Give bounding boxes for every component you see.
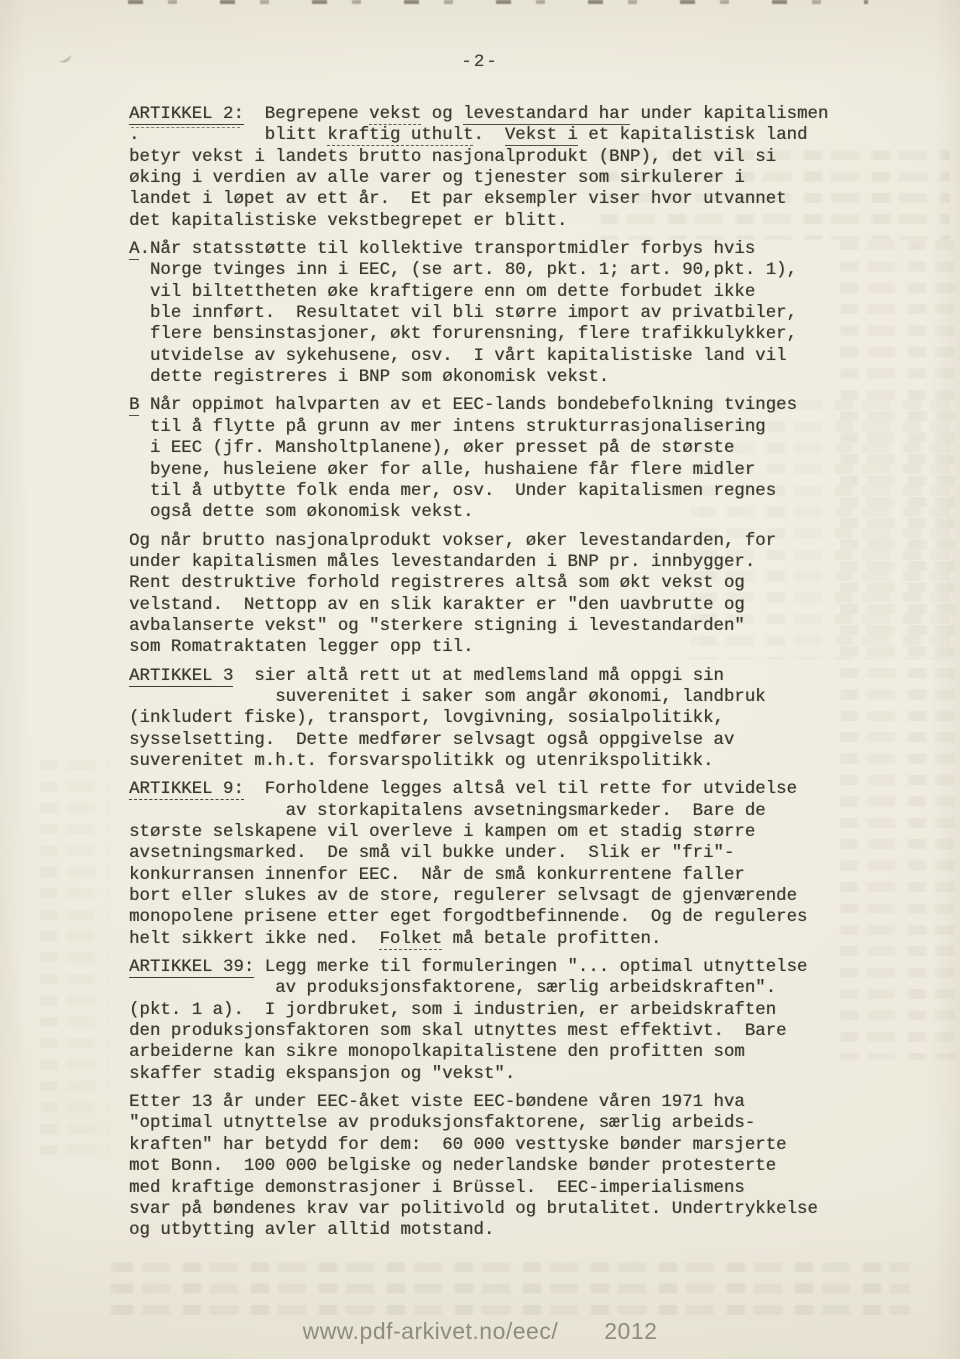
text-line: Norge tvinges inn i EEC, (se art. 80, pk… xyxy=(129,260,843,281)
text-line: suverenitet m.h.t. forsvarspolitikk og u… xyxy=(129,751,843,772)
text-line: dette registreres i BNP som økonomisk ve… xyxy=(129,367,843,388)
text-line: avsetningsmarked. De små vil bukke under… xyxy=(129,843,843,864)
text-line: Etter 13 år under EEC-åket viste EEC-bøn… xyxy=(129,1092,843,1113)
paragraph-artikkel-2: ARTIKKEL 2: Begrepene vekst og levestand… xyxy=(129,104,843,232)
text-line: mot Bonn. 100 000 belgiske og nederlands… xyxy=(129,1156,843,1177)
text-line: til å flytte på grunn av mer intens stru… xyxy=(129,417,843,438)
text-line: byene, husleiene øker for alle, hushaien… xyxy=(129,460,843,481)
text-line: Og når brutto nasjonalprodukt vokser, øk… xyxy=(129,531,843,552)
paragraph-artikkel-9: ARTIKKEL 9: Forholdene legges altså vel … xyxy=(129,779,843,950)
text-line: ARTIKKEL 3 sier altå rett ut at medlemsl… xyxy=(129,666,843,687)
paragraph-og-naar: Og når brutto nasjonalprodukt vokser, øk… xyxy=(129,531,843,659)
text-line: til å utbytte folk enda mer, osv. Under … xyxy=(129,481,843,502)
text-line: ARTIKKEL 39: Legg merke til formuleringe… xyxy=(129,957,843,978)
paragraph-punkt-a: A.Når statsstøtte til kollektive transpo… xyxy=(129,239,843,388)
scan-edge-smudge xyxy=(128,0,868,4)
text-line: velstand. Nettopp av en slik karakter er… xyxy=(129,595,843,616)
bleed-through-texture xyxy=(110,1262,910,1320)
text-line: også dette som økonomisk vekst. xyxy=(129,502,843,523)
text-line: i EEC (jfr. Mansholtplanene), øker press… xyxy=(129,438,843,459)
text-line: landet i løpet av ett år. Et par eksempl… xyxy=(129,189,843,210)
text-line: monopolene prisene etter eget forgodtbef… xyxy=(129,907,843,928)
text-line: kraften" har betydd for dem: 60 000 vest… xyxy=(129,1135,843,1156)
archive-year: 2012 xyxy=(604,1318,657,1345)
page-number: -2- xyxy=(0,52,960,72)
text-line: helt sikkert ikke ned. Folket må betale … xyxy=(129,929,843,950)
text-line: konkurransen innenfor EEC. Når de små ko… xyxy=(129,865,843,886)
text-line: av storkapitalens avsetningsmarkeder. Ba… xyxy=(129,801,843,822)
text-line: sysselsetting. Dette medfører selvsagt o… xyxy=(129,730,843,751)
text-line: betyr vekst i landets brutto nasjonalpro… xyxy=(129,147,843,168)
text-line: (pkt. 1 a). I jordbruket, som i industri… xyxy=(129,1000,843,1021)
text-line: det kapitalistiske vekstbegrepet er blit… xyxy=(129,211,843,232)
text-line: avbalanserte vekst" og "sterkere stignin… xyxy=(129,616,843,637)
text-line: vil biltettheten øke kraftigere enn om d… xyxy=(129,282,843,303)
text-line: og utbytting avler alltid motstand. xyxy=(129,1220,843,1241)
text-line: . blitt kraftig uthult. Vekst i et kapit… xyxy=(129,125,843,146)
text-line: suverenitet i saker som angår økonomi, l… xyxy=(129,687,843,708)
text-line: av produksjonsfaktorene, særlig arbeidsk… xyxy=(129,978,843,999)
text-line: ble innført. Resultatet vil bli større i… xyxy=(129,303,843,324)
bleed-through-texture xyxy=(40,760,110,1160)
text-line: B Når oppimot halvparten av et EEC-lands… xyxy=(129,395,843,416)
text-line: største selskapene vil overleve i kampen… xyxy=(129,822,843,843)
archive-url: www.pdf-arkivet.no/eec/ xyxy=(303,1318,559,1345)
text-line: som Romatraktaten legger opp til. xyxy=(129,637,843,658)
paragraph-artikkel-3: ARTIKKEL 3 sier altå rett ut at medlemsl… xyxy=(129,666,843,773)
text-line: skaffer stadig ekspansjon og "vekst". xyxy=(129,1064,843,1085)
text-line: (inkludert fiske), transport, lovgivning… xyxy=(129,708,843,729)
text-line: Rent destruktive forhold registreres alt… xyxy=(129,573,843,594)
text-line: øking i verdien av alle varer og tjenest… xyxy=(129,168,843,189)
text-line: flere bensinstasjoner, økt forurensning,… xyxy=(129,324,843,345)
text-line: ARTIKKEL 9: Forholdene legges altså vel … xyxy=(129,779,843,800)
paragraph-artikkel-39: ARTIKKEL 39: Legg merke til formuleringe… xyxy=(129,957,843,1085)
text-line: A.Når statsstøtte til kollektive transpo… xyxy=(129,239,843,260)
text-line: arbeiderne kan sikre monopolkapitalisten… xyxy=(129,1042,843,1063)
text-line: med kraftige demonstrasjoner i Brüssel. … xyxy=(129,1178,843,1199)
document-body: ARTIKKEL 2: Begrepene vekst og levestand… xyxy=(129,104,843,1249)
paragraph-etter-13-aar: Etter 13 år under EEC-åket viste EEC-bøn… xyxy=(129,1092,843,1241)
text-line: under kapitalismen måles levestandarden … xyxy=(129,552,843,573)
text-line: den produksjonsfaktoren som skal utnytte… xyxy=(129,1021,843,1042)
text-line: bort eller slukes av de store, regulerer… xyxy=(129,886,843,907)
archive-footer: www.pdf-arkivet.no/eec/ 2012 xyxy=(0,1318,960,1345)
scanned-page: -2- ARTIKKEL 2: Begrepene vekst og leves… xyxy=(0,0,960,1359)
text-line: ARTIKKEL 2: Begrepene vekst og levestand… xyxy=(129,104,843,125)
text-line: utvidelse av sykehusene, osv. I vårt kap… xyxy=(129,346,843,367)
text-line: "optimal utnyttelse av produksjonsfaktor… xyxy=(129,1113,843,1134)
text-line: svar på bøndenes krav var politivold og … xyxy=(129,1199,843,1220)
paragraph-punkt-b: B Når oppimot halvparten av et EEC-lands… xyxy=(129,395,843,523)
